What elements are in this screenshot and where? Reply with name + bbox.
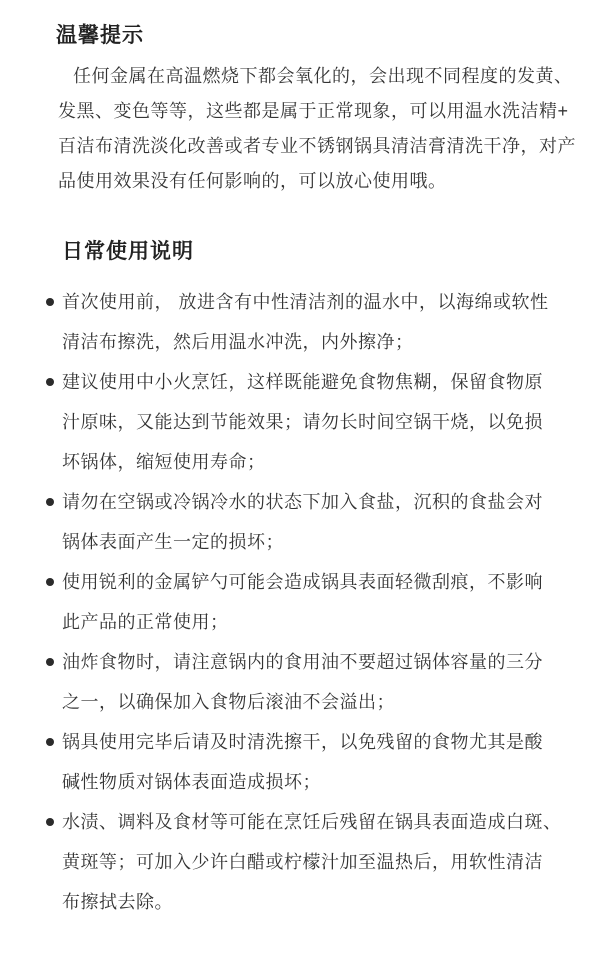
list-item-line: 请勿在空锅或冷锅冷水的状态下加入食盐，沉积的食盐会对 xyxy=(62,482,580,522)
list-item-line: 布擦拭去除。 xyxy=(62,882,580,922)
list-item: 使用锐利的金属铲勺可能会造成锅具表面轻微刮痕，不影响此产品的正常使用； xyxy=(46,562,580,642)
list-item-line: 黄斑等；可加入少许白醋或柠檬汁加至温热后，用软性清洁 xyxy=(62,842,580,882)
list-item: 首次使用前， 放进含有中性清洁剂的温水中，以海绵或软性清洁布擦洗，然后用温水冲洗… xyxy=(46,282,580,362)
usage-title: 日常使用说明 xyxy=(62,240,600,264)
paragraph-line: 品使用效果没有任何影响的，可以放心使用哦。 xyxy=(58,164,580,199)
list-item-line: 使用锐利的金属铲勺可能会造成锅具表面轻微刮痕，不影响 xyxy=(62,562,580,602)
list-item: 油炸食物时，请注意锅内的食用油不要超过锅体容量的三分之一，以确保加入食物后滚油不… xyxy=(46,642,580,722)
paragraph-line: 任何金属在高温燃烧下都会氧化的，会出现不同程度的发黄、 xyxy=(58,59,580,94)
list-item: 请勿在空锅或冷锅冷水的状态下加入食盐，沉积的食盐会对锅体表面产生一定的损坏； xyxy=(46,482,580,562)
tips-paragraph: 任何金属在高温燃烧下都会氧化的，会出现不同程度的发黄、发黑、变色等等，这些都是属… xyxy=(58,59,580,199)
list-item-line: 锅具使用完毕后请及时清洗擦干，以免残留的食物尤其是酸 xyxy=(62,722,580,762)
bullet-dot-icon xyxy=(46,818,54,826)
list-item-line: 油炸食物时，请注意锅内的食用油不要超过锅体容量的三分 xyxy=(62,642,580,682)
list-item-line: 锅体表面产生一定的损坏； xyxy=(62,522,580,562)
list-item-line: 水渍、调料及食材等可能在烹饪后残留在锅具表面造成白斑、 xyxy=(62,802,580,842)
bullet-dot-icon xyxy=(46,498,54,506)
list-item-line: 坏锅体，缩短使用寿命； xyxy=(62,442,580,482)
list-item: 锅具使用完毕后请及时清洗擦干，以免残留的食物尤其是酸碱性物质对锅体表面造成损坏； xyxy=(46,722,580,802)
bullet-dot-icon xyxy=(46,378,54,386)
bullet-dot-icon xyxy=(46,658,54,666)
bullet-dot-icon xyxy=(46,298,54,306)
list-item-line: 清洁布擦洗，然后用温水冲洗，内外擦净； xyxy=(62,322,580,362)
list-item-line: 建议使用中小火烹饪，这样既能避免食物焦糊，保留食物原 xyxy=(62,362,580,402)
usage-list: 首次使用前， 放进含有中性清洁剂的温水中，以海绵或软性清洁布擦洗，然后用温水冲洗… xyxy=(46,282,580,922)
tips-title: 温馨提示 xyxy=(56,25,600,47)
bullet-dot-icon xyxy=(46,738,54,746)
list-item: 水渍、调料及食材等可能在烹饪后残留在锅具表面造成白斑、黄斑等；可加入少许白醋或柠… xyxy=(46,802,580,922)
page: 温馨提示 任何金属在高温燃烧下都会氧化的，会出现不同程度的发黄、发黑、变色等等，… xyxy=(0,0,600,953)
list-item: 建议使用中小火烹饪，这样既能避免食物焦糊，保留食物原汁原味，又能达到节能效果；请… xyxy=(46,362,580,482)
list-item-line: 首次使用前， 放进含有中性清洁剂的温水中，以海绵或软性 xyxy=(62,282,580,322)
list-item-line: 汁原味，又能达到节能效果；请勿长时间空锅干烧，以免损 xyxy=(62,402,580,442)
list-item-line: 此产品的正常使用； xyxy=(62,602,580,642)
paragraph-line: 百洁布清洗淡化改善或者专业不锈钢锅具清洁膏清洗干净，对产 xyxy=(58,129,580,164)
paragraph-line: 发黑、变色等等，这些都是属于正常现象，可以用温水洗洁精+ xyxy=(58,94,580,129)
bullet-dot-icon xyxy=(46,578,54,586)
list-item-line: 之一，以确保加入食物后滚油不会溢出； xyxy=(62,682,580,722)
list-item-line: 碱性物质对锅体表面造成损坏； xyxy=(62,762,580,802)
